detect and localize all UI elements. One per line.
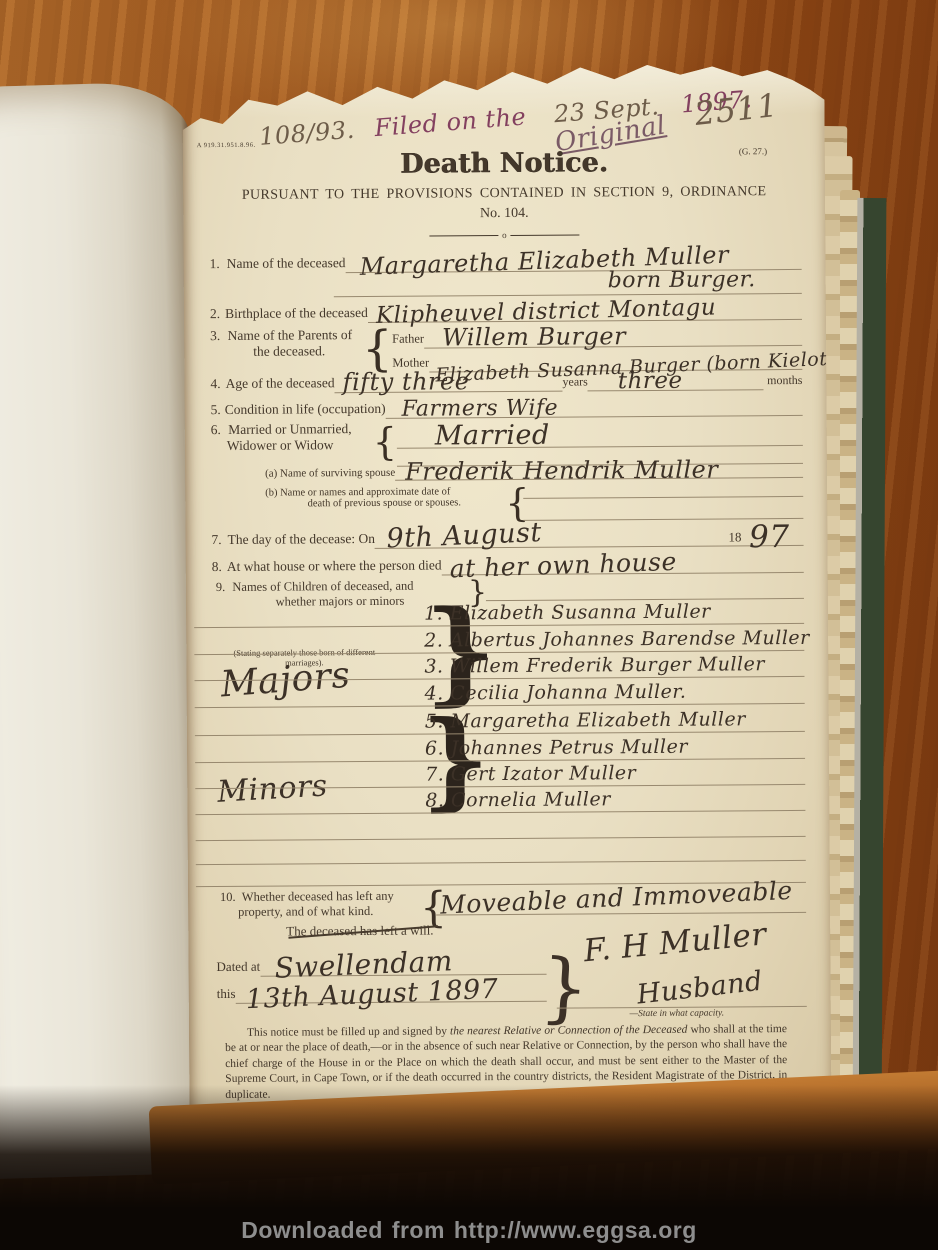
field-a: (a) Name of surviving spouse Frederik He… <box>265 456 803 482</box>
field-1-num: 1. <box>210 256 220 274</box>
child-3: 3. Willem Frederik Burger Muller <box>424 653 765 677</box>
months-label: months <box>767 373 802 390</box>
field-3-label: 3. Name of the Parents of the deceased. <box>210 327 368 360</box>
capacity-label: —State in what capacity. <box>557 1008 797 1020</box>
years-label: years <box>562 374 587 391</box>
header-line1: PURSUANT TO THE PROVISIONS CONTAINED IN … <box>183 184 825 204</box>
blank-ruled-line <box>196 860 806 865</box>
field-5: 5. Condition in life (occupation) Farmer… <box>211 394 803 420</box>
father-label: Father <box>392 332 424 349</box>
signature: F. H Muller <box>582 916 768 969</box>
field-3-father: Father Willem Burger <box>392 324 802 349</box>
field-7: 7. The day of the decease: On 9th August… <box>211 524 803 550</box>
field-1-value2: born Burger. <box>608 267 756 293</box>
field-5-label: Condition in life (occupation) <box>225 401 386 420</box>
field-a-value: Frederik Hendrik Muller <box>405 456 718 486</box>
field-6-value: Married <box>435 420 550 452</box>
field-a-label: (a) Name of surviving spouse <box>265 467 395 482</box>
field-b-label: (b) Name or names and approximate date o… <box>265 486 503 510</box>
book-cover-edge <box>853 198 887 1116</box>
dated-this-row: this 13th August 1897 <box>217 980 547 1004</box>
child-8: 8. Cornelia Muller <box>425 788 611 811</box>
age-years-value: fifty three <box>343 367 470 396</box>
legal-italic: the nearest Relative or Connection of th… <box>450 1024 687 1038</box>
child-line: 5. Margaretha Elizabeth Muller <box>195 731 805 736</box>
child-6: 6. Johannes Petrus Muller <box>425 736 688 760</box>
field-10-label: 10. Whether deceased has left any proper… <box>220 889 418 920</box>
year-printed: 18 <box>728 529 741 545</box>
field-7-num: 7. <box>211 532 221 550</box>
brace-icon: { <box>505 484 529 522</box>
field-6-row: Married <box>397 424 803 449</box>
header-divider: o <box>429 229 579 240</box>
field-8-label: At what house or where the person died <box>227 557 442 576</box>
brace-icon: { <box>362 325 393 373</box>
child-2: 2. Albertus Johannes Barendse Muller <box>424 627 810 652</box>
field-8-num: 8. <box>212 559 222 577</box>
minors-label: Minors <box>216 768 328 809</box>
brace-icon: { <box>373 423 397 461</box>
this-label: this <box>217 986 236 1004</box>
field-1-label: Name of the deceased <box>227 255 346 274</box>
child-line: 8. Cornelia Muller <box>195 810 805 815</box>
death-notice-photograph: 108/93. Filed on the 23 Sept. 1897. 2511… <box>0 0 938 1250</box>
field-7-value: 9th August <box>386 517 542 554</box>
field-4-num: 4. <box>210 376 220 394</box>
field-4-label: Age of the deceased <box>226 375 335 394</box>
watermark-text: Downloaded from http://www.eggsa.org <box>0 1217 938 1244</box>
field-b-line1 <box>523 496 803 499</box>
page-title: Death Notice. <box>183 146 825 181</box>
field-6-label: 6. Married or Unmarried, Widower or Wido… <box>211 421 379 454</box>
filed-on-the: Filed on the <box>373 102 527 142</box>
form-reference: A 919.31.951.8.96. <box>197 142 256 149</box>
child-1: 1. Elizabeth Susanna Muller <box>424 601 711 625</box>
child-5: 5. Margaretha Elizabeth Muller <box>425 708 746 732</box>
legal-pre: This notice must be filled up and signed… <box>247 1025 450 1038</box>
father-value: Willem Burger <box>442 322 626 351</box>
field-5-value: Farmers Wife <box>401 396 558 422</box>
file-number: 108/93. <box>258 116 355 151</box>
child-line: 4. Cecilia Johanna Muller. <box>195 703 805 708</box>
death-notice-page: 108/93. Filed on the 23 Sept. 1897. 2511… <box>182 56 832 1158</box>
age-months-value: three <box>618 368 683 394</box>
field-7-label: The day of the decease: On <box>228 531 375 550</box>
field-5-num: 5. <box>211 402 221 420</box>
this-value: 13th August 1897 <box>245 974 499 1016</box>
blank-ruled-line <box>196 836 806 841</box>
child-7: 7. Gert Izator Muller <box>425 762 636 785</box>
field-8: 8. At what house or where the person die… <box>212 551 804 577</box>
field-2: 2. Birthplace of the deceased Klipheuvel… <box>210 298 802 324</box>
field-2-label: Birthplace of the deceased <box>225 305 368 324</box>
dated-at-label: Dated at <box>216 959 260 977</box>
field-2-num: 2. <box>210 306 220 324</box>
field-4: 4. Age of the deceased fifty three years… <box>210 368 802 394</box>
capacity-value: Husband <box>635 966 764 1011</box>
header-line2: No. 104. <box>183 204 825 224</box>
page-number: 2511 <box>693 86 780 133</box>
